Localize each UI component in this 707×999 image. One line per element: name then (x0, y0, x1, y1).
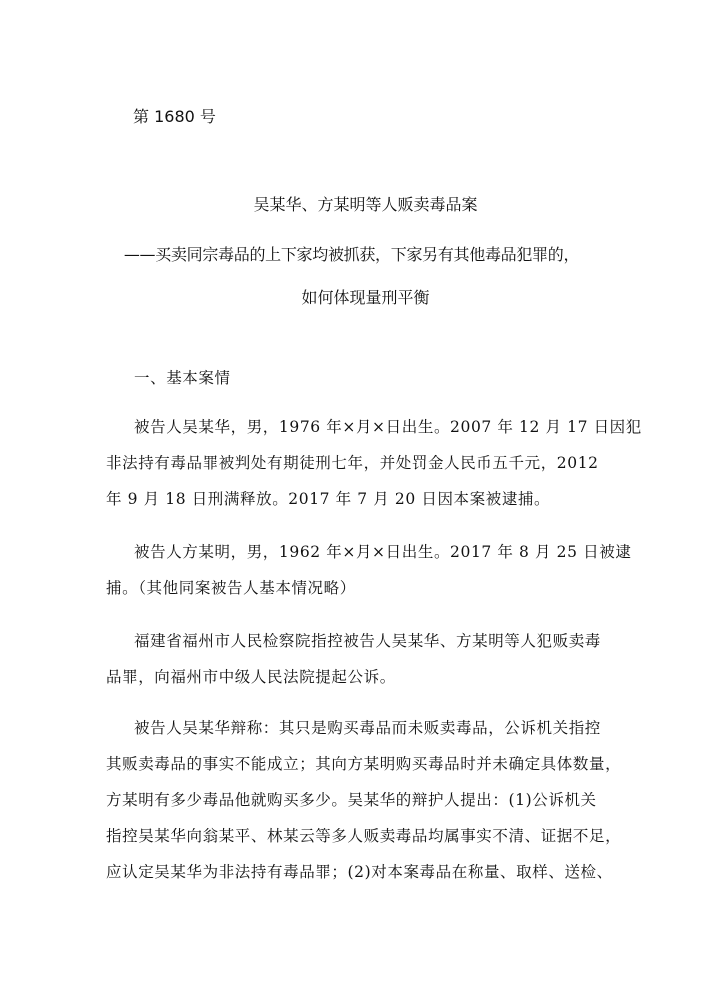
paragraph-line: 被告人吴某华，男，1976 年×月×日出生。2007 年 12 月 17 日因犯 (134, 415, 642, 437)
paragraph-line: 其贩卖毒品的事实不能成立；其向方某明购买毒品时并未确定具体数量， (106, 752, 621, 774)
paragraph-line: 被告人吴某华辩称：其只是购买毒品而未贩卖毒品，公诉机关指控 (134, 716, 601, 738)
paragraph-line: 捕。（其他同案被告人基本情况略） (106, 576, 356, 598)
case-title: 吴某华、方某明等人贩卖毒品案 (12, 192, 707, 215)
section-heading: 一、基本案情 (134, 366, 231, 388)
paragraph-line: 年 9 月 18 日刑满释放。2017 年 7 月 20 日因本案被逮捕。 (106, 487, 550, 509)
case-subtitle-line-2: 如何体现量刑平衡 (12, 285, 707, 308)
case-subtitle-line-1: ——买卖同宗毒品的上下家均被抓获，下家另有其他毒品犯罪的， (0, 242, 705, 265)
paragraph-line: 应认定吴某华为非法持有毒品罪；(2)对本案毒品在称量、取样、送检、 (106, 860, 613, 882)
paragraph-line: 非法持有毒品罪被判处有期徒刑七年，并处罚金人民币五千元，2012 (106, 451, 599, 473)
paragraph-line: 被告人方某明，男，1962 年×月×日出生。2017 年 8 月 25 日被逮 (134, 540, 631, 562)
paragraph-line: 福建省福州市人民检察院指控被告人吴某华、方某明等人犯贩卖毒 (134, 629, 601, 651)
paragraph-line: 方某明有多少毒品他就购买多少。吴某华的辩护人提出：(1)公诉机关 (106, 788, 597, 810)
paragraph-line: 品罪，向福州市中级人民法院提起公诉。 (106, 665, 396, 687)
paragraph-line: 指控吴某华向翁某平、林某云等多人贩卖毒品均属事实不清、证据不足， (106, 824, 621, 846)
case-number: 第 1680 号 (133, 104, 216, 127)
